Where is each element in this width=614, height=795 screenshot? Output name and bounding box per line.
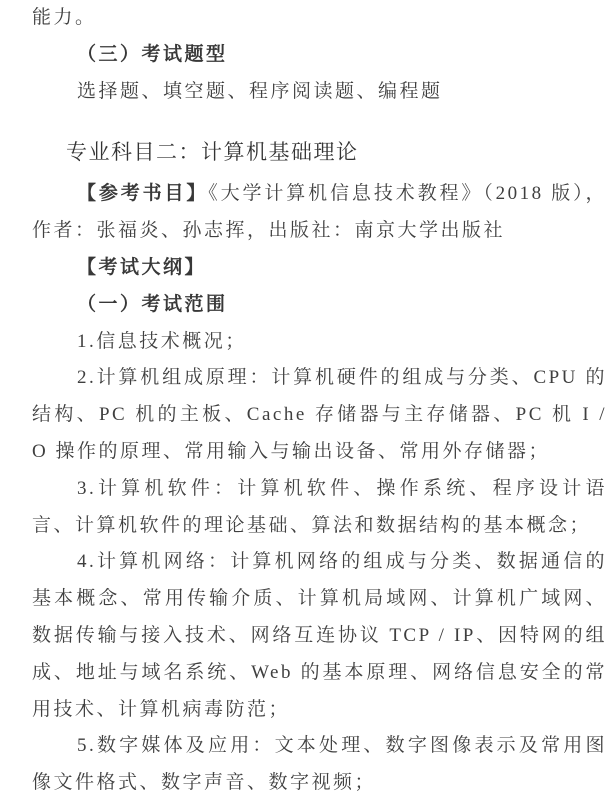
- document-page: 能力。 （三）考试题型 选择题、填空题、程序阅读题、编程题 专业科目二：计算机基…: [0, 0, 614, 795]
- scope-item-1: 1.信息技术概况；: [32, 324, 607, 361]
- heading-exam-outline: 【考试大纲】: [32, 250, 607, 287]
- section-title-subject-two: 专业科目二：计算机基础理论: [32, 132, 607, 173]
- paragraph-reference-books: 【参考书目】《大学计算机信息技术教程》（2018 版），作者：张福炎、孙志挥，出…: [32, 176, 607, 250]
- scope-item-5: 5.数字媒体及应用：文本处理、数字图像表示及常用图像文件格式、数字声音、数字视频…: [32, 728, 607, 795]
- heading-question-types: （三）考试题型: [32, 37, 607, 74]
- scope-item-3: 3.计算机软件：计算机软件、操作系统、程序设计语言、计算机软件的理论基础、算法和…: [32, 471, 607, 545]
- heading-exam-scope: （一）考试范围: [32, 287, 607, 324]
- reference-books-label: 【参考书目】: [77, 183, 208, 204]
- scope-item-2: 2.计算机组成原理：计算机硬件的组成与分类、CPU 的结构、PC 机的主板、Ca…: [32, 360, 607, 470]
- paragraph-intro-tail: 能力。: [32, 0, 607, 37]
- scope-item-4: 4.计算机网络：计算机网络的组成与分类、数据通信的基本概念、常用传输介质、计算机…: [32, 544, 607, 728]
- paragraph-question-types: 选择题、填空题、程序阅读题、编程题: [32, 74, 607, 111]
